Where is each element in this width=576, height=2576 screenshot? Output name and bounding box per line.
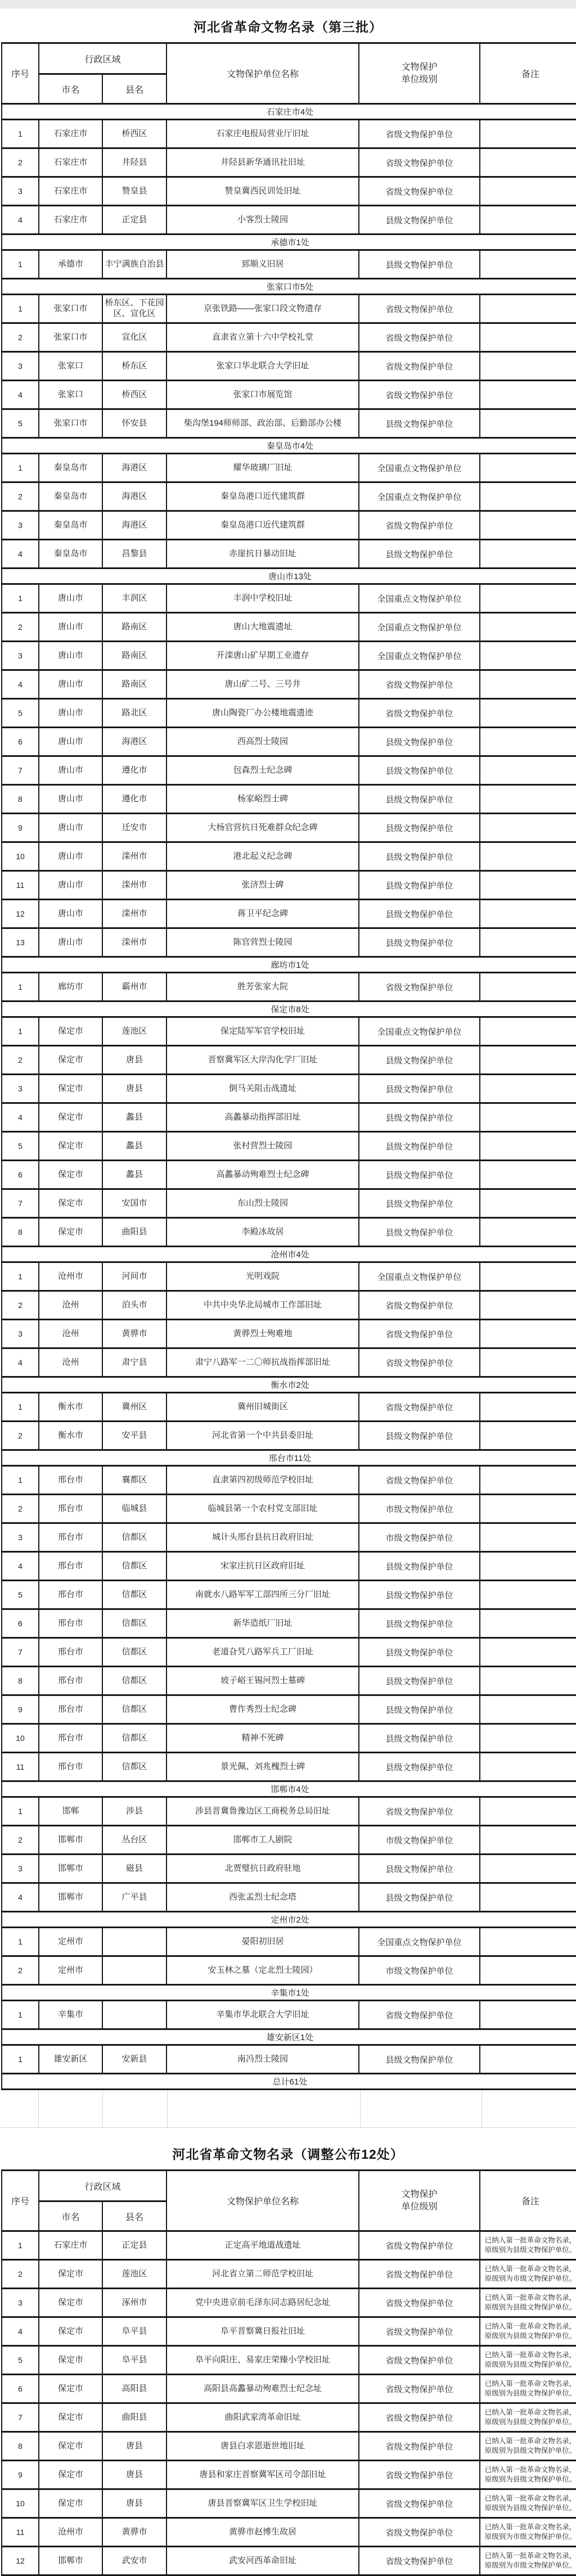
cell-protection-level: 县级文物保护单位 [359,756,480,785]
cell-city-name: 辛集市 [39,2001,102,2029]
cell-county-name: 桥东区 [102,352,166,381]
cell-remark [480,756,576,785]
cell-remark [480,1017,576,1046]
cell-city-name: 唐山市 [39,785,102,814]
cell-seq: 3 [2,177,39,206]
section-label: 张家口市5处 [2,279,576,295]
cell-protection-level: 县级文物保护单位 [359,1161,480,1189]
cell-protection-level: 县级文物保护单位 [359,1883,480,1912]
cell-protection-level: 全国重点文物保护单位 [359,642,480,670]
cell-remark [480,540,576,569]
section-header-row: 张家口市5处 [2,279,576,295]
cell-county-name: 河间市 [102,1262,166,1291]
cell-county-name: 涉县 [102,1797,166,1826]
cell-remark [480,642,576,670]
cell-unit-name: 小客烈士陵园 [166,206,359,234]
cell-protection-level: 省级文物保护单位 [359,352,480,381]
table-row: 5保定市蠡县张村营烈士陵园县级文物保护单位 [2,1132,576,1161]
cell-city-name: 张家口市 [39,323,102,352]
table-row: 1保定市莲池区保定陆军军官学校旧址全国重点文物保护单位 [2,1017,576,1046]
cell-city-name: 唐山市 [39,871,102,900]
cell-remark [480,409,576,438]
cell-seq: 1 [2,250,39,279]
cell-county-name: 海港区 [102,511,166,540]
cell-county-name: 遵化市 [102,785,166,814]
cell-protection-level: 省级文物保护单位 [359,2260,480,2289]
cell-remark [480,728,576,756]
cell-county-name: 桥东区、下花园区、宣化区 [102,295,166,323]
section-header-row: 保定市8处 [2,1001,576,1017]
cell-protection-level: 市级文物保护单位 [359,1826,480,1855]
cell-seq: 3 [2,352,39,381]
section-label: 唐山市13处 [2,569,576,584]
cell-remark [480,928,576,957]
cell-seq: 5 [2,699,39,728]
cell-seq: 1 [2,1928,39,1956]
cell-county-name [102,1956,166,1985]
cell-county-name: 滦州市 [102,842,166,871]
cell-remark: 已纳入第一批革命文物名录，原级别为县级文物保护单位。 [480,2346,576,2375]
table-row: 3邯郸市磁县北贾璧抗日政府驻地县级文物保护单位 [2,1855,576,1883]
cell-county-name: 信都区 [102,1724,166,1753]
table-row: 4张家口桥西区张家口市展览馆省级文物保护单位 [2,381,576,409]
cell-protection-level: 县级文物保护单位 [359,1581,480,1609]
cell-protection-level: 省级文物保护单位 [359,1466,480,1495]
cell-county-name: 宣化区 [102,323,166,352]
cell-unit-name: 晏阳初旧居 [166,1928,359,1956]
cell-remark [480,1523,576,1552]
cell-protection-level: 省级文物保护单位 [359,2432,480,2461]
cell-county-name: 阜平县 [102,2317,166,2346]
cell-remark [480,1161,576,1189]
section-header-row: 石家庄市4处 [2,104,576,120]
cell-city-name: 秦皇岛市 [39,482,102,511]
cell-protection-level: 市级文物保护单位 [359,1495,480,1523]
cell-remark [480,250,576,279]
cell-seq: 2 [2,1826,39,1855]
cell-seq: 2 [2,1495,39,1523]
cell-county-name: 赞皇县 [102,177,166,206]
cell-seq: 4 [2,670,39,699]
cell-county-name: 蠡县 [102,1103,166,1132]
section-label: 定州市2处 [2,1912,576,1928]
section-header-row: 辛集市1处 [2,1985,576,2001]
table-row: 6保定市高阳县高阳县高蠡暴动殉难烈士纪念址省级文物保护单位已纳入第一批革命文物名… [2,2375,576,2403]
cell-remark [480,2001,576,2029]
cell-protection-level: 省级文物保护单位 [359,148,480,177]
cell-unit-name: 河北省第一个中共县委旧址 [166,1422,359,1450]
table-row: 5邢台市信都区南就水八路军军工部四所三分厂旧址县级文物保护单位 [2,1581,576,1609]
cell-city-name: 保定市 [39,1161,102,1189]
cell-city-name: 秦皇岛市 [39,540,102,569]
cell-county-name: 信都区 [102,1667,166,1695]
cell-protection-level: 县级文物保护单位 [359,2045,480,2074]
section-header-row: 总计61处 [2,2074,576,2090]
empty-grid-col [103,2090,168,2127]
table-row: 9唐山市迁安市大杨官营抗日死难群众纪念碑县级文物保护单位 [2,814,576,842]
cell-county-name: 蠡县 [102,1161,166,1189]
cell-unit-name: 南冯烈士陵园 [166,2045,359,2074]
cell-protection-level: 省级文物保护单位 [359,120,480,148]
table-row: 4保定市蠡县高蠡暴动指挥部旧址县级文物保护单位 [2,1103,576,1132]
table-row: 12邯郸市武安市武安河西革命旧址省级文物保护单位已纳入第一批革命文物名录，原级别… [2,2547,576,2575]
cell-county-name: 海港区 [102,454,166,482]
cell-county-name: 丰宁满族自治县 [102,250,166,279]
cell-seq: 8 [2,1218,39,1247]
cell-unit-name: 肃宁八路军一二〇师抗战指挥部旧址 [166,1348,359,1377]
cell-seq: 4 [2,1103,39,1132]
cell-seq: 1 [2,1797,39,1826]
table-row: 1定州市晏阳初旧居全国重点文物保护单位 [2,1928,576,1956]
cell-seq: 2 [2,1046,39,1075]
column-header-name: 文物保护单位名称 [166,2171,359,2231]
cell-city-name: 石家庄市 [39,120,102,148]
cell-remark: 已纳入第一批革命文物名录，原级别为县级文物保护单位。 [480,2461,576,2489]
cell-seq: 10 [2,1724,39,1753]
cell-seq: 1 [2,120,39,148]
cell-protection-level: 省级文物保护单位 [359,2403,480,2432]
section-header-row: 廊坊市1处 [2,957,576,973]
cell-protection-level: 县级文物保护单位 [359,250,480,279]
cell-remark [480,871,576,900]
empty-grid-col [168,2090,361,2127]
cell-protection-level: 省级文物保护单位 [359,2231,480,2260]
table-row: 3邢台市信都区城计头邢台县抗日政府旧址市级文物保护单位 [2,1523,576,1552]
cell-city-name: 保定市 [39,2317,102,2346]
relics-table-2-wrap: 序号 行政区域 文物保护单位名称 文物保护 单位级别 备注 市名 县名 1石家庄… [0,2169,576,2576]
cell-county-name: 井陉县 [102,148,166,177]
table-row: 12唐山市滦州市蒋卫平纪念碑县级文物保护单位 [2,900,576,928]
cell-remark [480,1393,576,1422]
table-row: 11邢台市信都区景光佩、刘兆槐烈士碑县级文物保护单位 [2,1753,576,1781]
cell-unit-name: 精神不死碑 [166,1724,359,1753]
cell-unit-name: 井陉县新华通讯社旧址 [166,148,359,177]
cell-unit-name: 城计头邢台县抗日政府旧址 [166,1523,359,1552]
cell-remark: 已纳入第一批革命文物名录，原级别为县级文物保护单位。 [480,2375,576,2403]
cell-seq: 11 [2,1753,39,1781]
section-label: 保定市8处 [2,1001,576,1017]
cell-unit-name: 北贾璧抗日政府驻地 [166,1855,359,1883]
table-row: 11沧州市黄骅市黄骅市赵博生故居省级文物保护单位已纳入第一批革命文物名录，原级别… [2,2518,576,2547]
cell-protection-level: 省级文物保护单位 [359,1348,480,1377]
cell-unit-name: 高阳县高蠡暴动殉难烈士纪念址 [166,2375,359,2403]
cell-seq: 3 [2,1075,39,1103]
cell-unit-name: 保定陆军军官学校旧址 [166,1017,359,1046]
cell-seq: 2 [2,148,39,177]
table-row: 3张家口桥东区张家口华北联合大学旧址省级文物保护单位 [2,352,576,381]
cell-county-name: 黄骅市 [102,1320,166,1348]
cell-remark [480,1855,576,1883]
cell-city-name: 沧州 [39,1320,102,1348]
cell-unit-name: 石家庄电报局营业厅旧址 [166,120,359,148]
cell-county-name [102,2001,166,2029]
column-header-county: 县名 [102,74,166,104]
cell-county-name: 信都区 [102,1638,166,1667]
cell-seq: 5 [2,2346,39,2375]
section-label: 沧州市4处 [2,1247,576,1262]
cell-seq: 8 [2,1667,39,1695]
cell-city-name: 保定市 [39,1103,102,1132]
table-row: 2石家庄市井陉县井陉县新华通讯社旧址省级文物保护单位 [2,148,576,177]
cell-unit-name: 老道旮旯八路军兵工厂旧址 [166,1638,359,1667]
cell-seq: 6 [2,1161,39,1189]
cell-seq: 4 [2,381,39,409]
cell-remark [480,1883,576,1912]
table-row: 4唐山市路南区唐山矿二号、三号井省级文物保护单位 [2,670,576,699]
cell-county-name: 唐县 [102,1046,166,1075]
cell-protection-level: 全国重点文物保护单位 [359,1017,480,1046]
cell-protection-level: 县级文物保护单位 [359,1046,480,1075]
cell-city-name: 廊坊市 [39,973,102,1001]
column-header-county: 县名 [102,2201,166,2231]
cell-city-name: 雄安新区 [39,2045,102,2074]
cell-remark: 已纳入第一批革命文物名录，原级别为市级文物保护单位。 [480,2260,576,2289]
cell-unit-name: 冀州旧城街区 [166,1393,359,1422]
cell-city-name: 唐山市 [39,928,102,957]
cell-remark: 已纳入第一批革命文物名录，原级别为县级文物保护单位。 [480,2231,576,2260]
table-row: 3唐山市路南区开滦唐山矿早期工业遗存全国重点文物保护单位 [2,642,576,670]
cell-remark [480,352,576,381]
cell-protection-level: 省级文物保护单位 [359,2518,480,2547]
cell-unit-name: 唐山大地震遗址 [166,613,359,642]
cell-unit-name: 秦皇岛港口近代建筑群 [166,511,359,540]
cell-unit-name: 直隶省立第十六中学校礼堂 [166,323,359,352]
cell-city-name: 唐山市 [39,728,102,756]
section-header-row: 承德市1处 [2,234,576,250]
cell-city-name: 衡水市 [39,1393,102,1422]
cell-remark [480,1189,576,1218]
section-label: 雄安新区1处 [2,2029,576,2045]
cell-city-name: 邢台市 [39,1724,102,1753]
cell-county-name: 唐县 [102,2432,166,2461]
cell-protection-level: 全国重点文物保护单位 [359,1928,480,1956]
cell-unit-name: 河北省立第二师范学校旧址 [166,2260,359,2289]
cell-remark [480,381,576,409]
cell-unit-name: 光明戏院 [166,1262,359,1291]
cell-remark [480,1667,576,1695]
cell-protection-level: 县级文物保护单位 [359,814,480,842]
cell-protection-level: 县级文物保护单位 [359,1552,480,1581]
cell-city-name: 保定市 [39,1132,102,1161]
cell-protection-level: 县级文物保护单位 [359,1609,480,1638]
cell-seq: 2 [2,1956,39,1985]
cell-city-name: 邢台市 [39,1695,102,1724]
cell-county-name: 海港区 [102,482,166,511]
table-row: 1秦皇岛市海港区耀华玻璃厂旧址全国重点文物保护单位 [2,454,576,482]
cell-unit-name: 唐县和家庄晋察冀军区司令部旧址 [166,2461,359,2489]
cell-seq: 3 [2,1320,39,1348]
cell-unit-name: 黄骅烈士殉难地 [166,1320,359,1348]
cell-county-name: 正定县 [102,2231,166,2260]
cell-county-name: 磁县 [102,1855,166,1883]
cell-unit-name: 胜芳张家大院 [166,973,359,1001]
cell-seq: 4 [2,1883,39,1912]
cell-seq: 4 [2,1552,39,1581]
cell-unit-name: 蒋卫平纪念碑 [166,900,359,928]
cell-city-name: 邢台市 [39,1581,102,1609]
cell-seq: 1 [2,1466,39,1495]
table-row: 1衡水市冀州区冀州旧城街区省级文物保护单位 [2,1393,576,1422]
table-row: 1张家口市桥东区、下花园区、宣化区京张铁路——张家口段文物遗存省级文物保护单位 [2,295,576,323]
cell-seq: 6 [2,1609,39,1638]
cell-remark [480,584,576,613]
cell-remark [480,613,576,642]
cell-seq: 7 [2,1189,39,1218]
cell-protection-level: 县级文物保护单位 [359,900,480,928]
column-header-name: 文物保护单位名称 [166,43,359,104]
table-title: 河北省革命文物名录（调整公布12处） [0,2136,576,2169]
cell-remark [480,1609,576,1638]
cell-county-name: 信都区 [102,1552,166,1581]
cell-seq: 5 [2,1132,39,1161]
empty-grid-col [1,2090,39,2127]
cell-seq: 5 [2,1581,39,1609]
cell-county-name: 莲池区 [102,2260,166,2289]
cell-seq: 2 [2,1291,39,1320]
cell-city-name: 保定市 [39,1189,102,1218]
cell-county-name: 昌黎县 [102,540,166,569]
cell-seq: 9 [2,814,39,842]
cell-unit-name: 黄骅市赵博生故居 [166,2518,359,2547]
cell-unit-name: 武安河西革命旧址 [166,2547,359,2575]
cell-county-name: 冀州区 [102,1393,166,1422]
cell-unit-name: 李殿冰故居 [166,1218,359,1247]
cell-protection-level: 县级文物保护单位 [359,1855,480,1883]
table-row: 3保定市涿州市党中央进京前毛泽东同志路居纪念址省级文物保护单位已纳入第一批革命文… [2,2289,576,2317]
cell-protection-level: 市级文物保护单位 [359,1956,480,1985]
cell-unit-name: 耀华玻璃厂旧址 [166,454,359,482]
cell-county-name: 桥西区 [102,120,166,148]
cell-unit-name: 陈官营烈士陵园 [166,928,359,957]
cell-city-name: 邢台市 [39,1753,102,1781]
cell-city-name: 沧州 [39,1291,102,1320]
cell-unit-name: 张济烈士碑 [166,871,359,900]
cell-remark [480,1291,576,1320]
cell-seq: 1 [2,1262,39,1291]
cell-county-name: 高阳县 [102,2375,166,2403]
table-row: 4石家庄市正定县小客烈士陵园县级文物保护单位 [2,206,576,234]
cell-protection-level: 省级文物保护单位 [359,670,480,699]
cell-county-name: 正定县 [102,206,166,234]
cell-seq: 1 [2,2231,39,2260]
cell-remark [480,454,576,482]
cell-county-name: 海港区 [102,728,166,756]
table-row: 1唐山市丰润区丰润中学校旧址全国重点文物保护单位 [2,584,576,613]
header-row-1: 序号 行政区域 文物保护单位名称 文物保护 单位级别 备注 [2,2171,576,2201]
table-row: 5保定市阜平县阜平向阳庄、易家庄荣臻小学校旧址省级文物保护单位已纳入第一批革命文… [2,2346,576,2375]
cell-seq: 13 [2,928,39,957]
cell-seq: 8 [2,785,39,814]
cell-protection-level: 县级文物保护单位 [359,1132,480,1161]
cell-county-name: 唐县 [102,2461,166,2489]
cell-protection-level: 县级文物保护单位 [359,206,480,234]
table-row: 1沧州市河间市光明戏院全国重点文物保护单位 [2,1262,576,1291]
cell-county-name: 阜平县 [102,2346,166,2375]
cell-protection-level: 县级文物保护单位 [359,1422,480,1450]
cell-remark [480,1724,576,1753]
cell-protection-level: 全国重点文物保护单位 [359,584,480,613]
section-label: 秦皇岛市4处 [2,438,576,454]
cell-protection-level: 省级文物保护单位 [359,1320,480,1348]
relics-table-2: 序号 行政区域 文物保护单位名称 文物保护 单位级别 备注 市名 县名 1石家庄… [1,2169,576,2576]
cell-protection-level: 县级文物保护单位 [359,1667,480,1695]
cell-seq: 3 [2,2289,39,2317]
cell-remark [480,1348,576,1377]
cell-county-name: 莲池区 [102,1017,166,1046]
cell-unit-name: 高蠡暴动指挥部旧址 [166,1103,359,1132]
cell-city-name: 唐山市 [39,613,102,642]
table-row: 4邯郸市广平县西张孟烈士纪念塔县级文物保护单位 [2,1883,576,1912]
cell-city-name: 沧州市 [39,1262,102,1291]
section-header-row: 邯郸市4处 [2,1781,576,1797]
cell-city-name: 唐山市 [39,670,102,699]
cell-protection-level: 县级文物保护单位 [359,1724,480,1753]
table-row: 3秦皇岛市海港区秦皇岛港口近代建筑群省级文物保护单位 [2,511,576,540]
section-header-row: 唐山市13处 [2,569,576,584]
cell-county-name: 广平县 [102,1883,166,1912]
cell-city-name: 唐山市 [39,584,102,613]
cell-protection-level: 县级文物保护单位 [359,1695,480,1724]
table-row: 8邢台市信都区坡子峪王锡河烈士墓碑县级文物保护单位 [2,1667,576,1695]
column-header-region: 行政区域 [39,43,166,74]
cell-unit-name: 唐县晋察冀军区卫生学校旧址 [166,2489,359,2518]
cell-city-name: 保定市 [39,2289,102,2317]
cell-county-name: 丰润区 [102,584,166,613]
cell-county-name: 滦州市 [102,871,166,900]
cell-unit-name: 阜平晋察冀日报社旧址 [166,2317,359,2346]
cell-city-name: 秦皇岛市 [39,511,102,540]
cell-seq: 1 [2,295,39,323]
cell-remark: 已纳入第一批革命文物名录，原级别为县级文物保护单位。 [480,2289,576,2317]
cell-seq: 8 [2,2432,39,2461]
cell-remark [480,120,576,148]
cell-protection-level: 县级文物保护单位 [359,842,480,871]
section-header-row: 衡水市2处 [2,1377,576,1393]
cell-unit-name: 郅顺义旧居 [166,250,359,279]
cell-remark [480,206,576,234]
cell-city-name: 石家庄市 [39,148,102,177]
cell-remark [480,1928,576,1956]
cell-city-name: 唐山市 [39,699,102,728]
cell-county-name: 涿州市 [102,2289,166,2317]
cell-seq: 1 [2,2045,39,2074]
cell-remark [480,2045,576,2074]
cell-protection-level: 县级文物保护单位 [359,540,480,569]
cell-unit-name: 中共中央华北局城市工作部旧址 [166,1291,359,1320]
cell-county-name [102,1928,166,1956]
cell-city-name: 张家口 [39,381,102,409]
empty-grid-block [1,2090,576,2128]
cell-unit-name: 景光佩、刘兆槐烈士碑 [166,1753,359,1781]
column-header-seq: 序号 [2,43,39,104]
table-row: 2保定市莲池区河北省立第二师范学校旧址省级文物保护单位已纳入第一批革命文物名录，… [2,2260,576,2289]
cell-unit-name: 高蠡暴动殉难烈士纪念碑 [166,1161,359,1189]
cell-county-name: 信都区 [102,1695,166,1724]
cell-city-name: 保定市 [39,2489,102,2518]
cell-remark [480,1466,576,1495]
table-row: 2邢台市临城县临城县第一个农村党支部旧址市级文物保护单位 [2,1495,576,1523]
table-row: 11唐山市滦州市张济烈士碑县级文物保护单位 [2,871,576,900]
cell-protection-level: 省级文物保护单位 [359,2375,480,2403]
cell-county-name: 遵化市 [102,756,166,785]
cell-county-name: 桥西区 [102,381,166,409]
cell-seq: 4 [2,540,39,569]
cell-city-name: 邢台市 [39,1609,102,1638]
cell-unit-name: 张村营烈士陵园 [166,1132,359,1161]
cell-remark [480,1422,576,1450]
cell-protection-level: 省级文物保护单位 [359,2289,480,2317]
cell-unit-name: 张家口华北联合大学旧址 [166,352,359,381]
